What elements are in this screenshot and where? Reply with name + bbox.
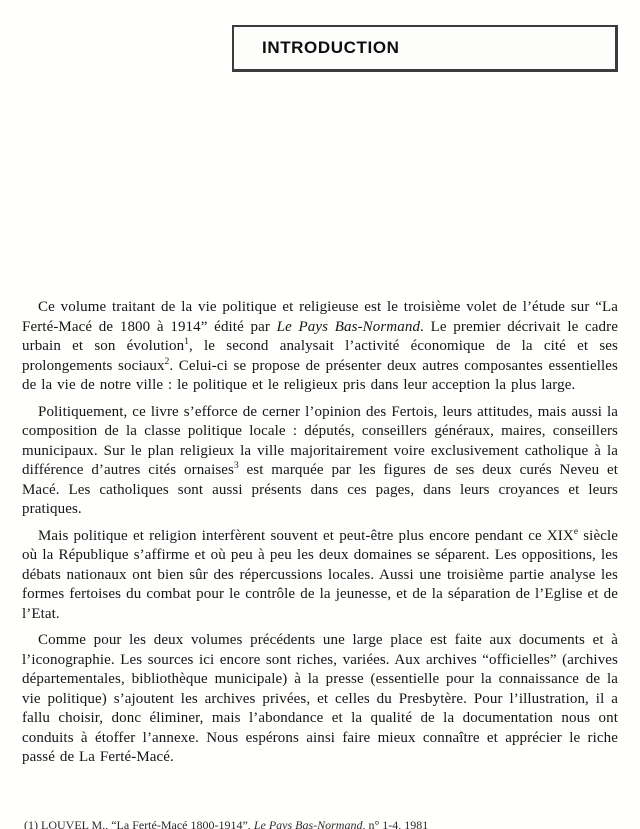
text-segment: Comme pour les deux volumes précédents u… [22,632,618,765]
text-segment: , n° 1-4, 1981 [362,818,428,829]
paragraph-2: Politiquement, ce livre s’efforce de cer… [22,403,618,520]
text-segment: (1) LOUVEL M., “La Ferté-Macé 1800-1914”… [24,818,254,829]
paragraph-4: Comme pour les deux volumes précédents u… [22,631,618,768]
body-text: Ce volume traitant de la vie politique e… [22,298,618,768]
text-segment: Le Pays Bas-Normand [254,818,363,829]
text-segment: Mais politique et religion interfèrent s… [38,528,574,544]
introduction-title-box: INTRODUCTION [232,25,618,72]
scanned-book-page: INTRODUCTION Ce volume traitant de la vi… [0,0,640,829]
page-title: INTRODUCTION [234,38,400,58]
text-segment: Le Pays Bas-Normand [277,319,420,335]
footnote: (1) LOUVEL M., “La Ferté-Macé 1800-1914”… [24,818,620,829]
paragraph-3: Mais politique et religion interfèrent s… [22,527,618,625]
paragraph-1: Ce volume traitant de la vie politique e… [22,298,618,396]
